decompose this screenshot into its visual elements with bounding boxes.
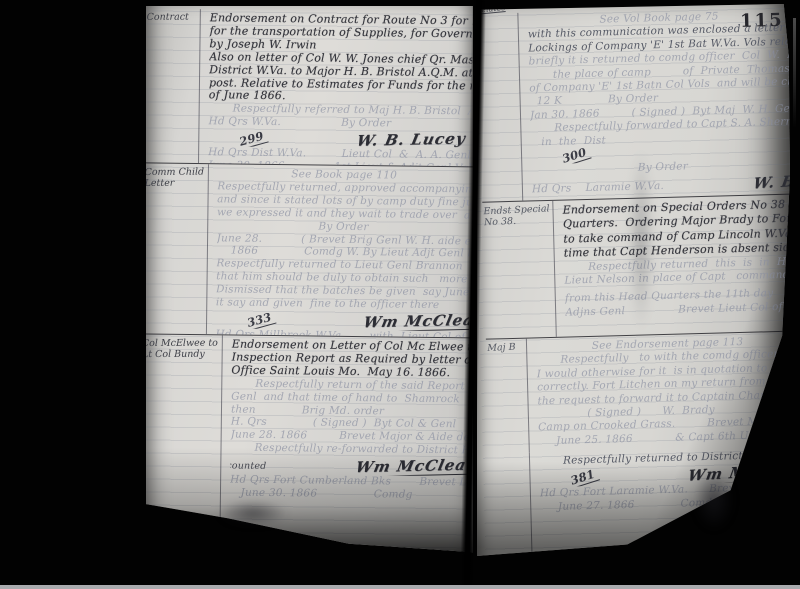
entry-margin-note: Comm Child — [146, 167, 204, 178]
page-right-content: Relates 115 See Vol Book page 75with thi… — [477, 4, 790, 576]
entry-margin: Contract — [146, 9, 199, 163]
entry-margin-note: No 38. — [484, 214, 551, 228]
entry-margin: Maj B — [486, 338, 530, 453]
ledger-entry: Respectfully returned to District Head Q… — [489, 445, 790, 576]
scanned-ledger-document: ContractEndorsement on Contract for Rout… — [0, 0, 800, 589]
ledger-entry: Endst SpecialNo 38.Endorsement on Specia… — [482, 193, 790, 338]
ledger-entry: See Vol Book page 75with this communicat… — [477, 6, 790, 202]
entry-margin-note: Maj B — [487, 341, 523, 354]
line-text: in the Dist — [531, 134, 607, 148]
ledger-page-left: ContractEndorsement on Contract for Rout… — [146, 6, 473, 572]
signature: W. B. Lucey — [752, 171, 790, 192]
line-text: Respectfully returned to District Head Q… — [563, 448, 790, 466]
line-text: June 30. 1866 Comdg — [230, 487, 413, 501]
line-text: we expressed it and they wait to trade o… — [217, 206, 471, 221]
entry-margin-note: Letter — [146, 178, 204, 189]
entry-body: See Book page 110Respectfully returned, … — [205, 164, 472, 337]
entry-margin: Col McElwee toLt Col Bundy — [146, 335, 221, 572]
ledger-entry: Col McElwee toLt Col BundyEndorsement on… — [146, 333, 471, 572]
entry-margin: Comm ChildLetter — [146, 164, 207, 334]
line-text: of June 1866. — [209, 90, 286, 103]
signature: Wm McCleave — [354, 456, 467, 477]
page-left-content: ContractEndorsement on Contract for Rout… — [146, 6, 473, 572]
entry-body: See Vol Book page 75with this communicat… — [517, 6, 790, 201]
page-right-entries: See Vol Book page 75with this communicat… — [477, 6, 790, 576]
page-left-entries: ContractEndorsement on Contract for Rout… — [146, 8, 473, 572]
line-text: then Brig Md. order — [231, 403, 384, 417]
line-text: by Joseph W. Irwin — [209, 38, 316, 51]
endorsement-number: 381 — [566, 466, 600, 487]
page-number: 115 — [740, 10, 784, 32]
entry-margin-note: Contract — [147, 12, 197, 23]
entry-margin — [489, 452, 534, 576]
ledger-entry: ContractEndorsement on Contract for Rout… — [146, 8, 473, 166]
line-text: Hd Qrs W.Va. By Order — [208, 115, 391, 129]
line-text: counted — [230, 461, 266, 472]
entry-margin: Endst SpecialNo 38. — [482, 200, 557, 338]
line-text: Hd Qrs Laramie W.Va. — [532, 180, 664, 195]
entry-body: Endorsement on Letter of Col Mc Elwee tr… — [219, 335, 471, 572]
signature: Wm McCleave — [362, 310, 469, 331]
entry-margin-note: Col McElwee to — [146, 338, 218, 349]
ledger-entry: Maj BSee Endorsement page 113Respectfull… — [486, 330, 790, 453]
entry-body: Respectfully returned to District Head Q… — [529, 445, 790, 576]
ledger-entry: Comm ChildLetterSee Book page 110Respect… — [146, 162, 473, 337]
line-text: By Order — [638, 161, 688, 174]
scanner-edge — [0, 585, 800, 589]
line-text: By Order — [318, 220, 368, 233]
page-edge-strip — [793, 18, 796, 128]
entry-body: Endorsement on Special Orders No 38 from… — [552, 194, 790, 336]
signature: W. B. Lucey — [355, 130, 468, 150]
entry-body: See Endorsement page 113Respectfully to … — [526, 331, 790, 452]
entry-margin-note: Lt Col Bundy — [146, 349, 218, 360]
entry-body: Endorsement on Contract for Route No 3 f… — [198, 9, 473, 166]
line-text: See Book page 110 — [291, 168, 397, 181]
ledger-page-right: Relates 115 See Vol Book page 75with thi… — [477, 4, 790, 576]
line-text: Office Saint Louis Mo. May 16. 1866. — [231, 364, 450, 379]
